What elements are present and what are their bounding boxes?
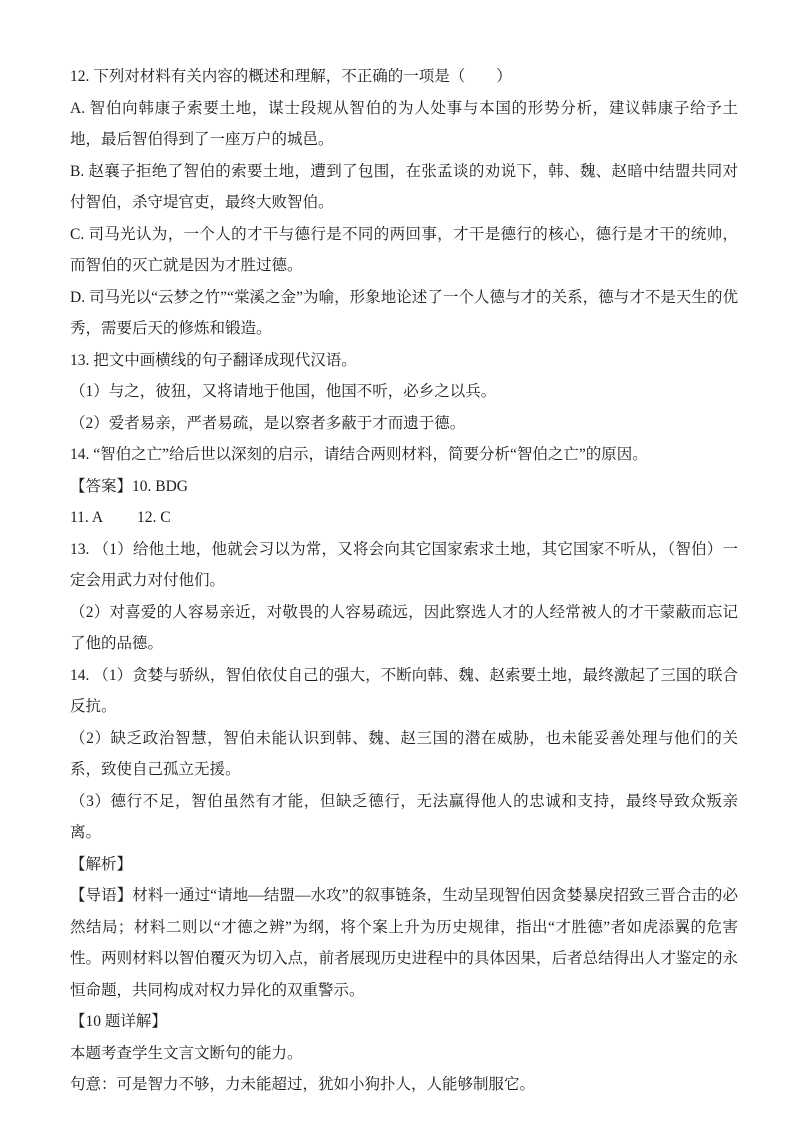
document-page: 12. 下列对材料有关内容的概述和理解，不正确的一项是（ ） A. 智伯向韩康子… — [0, 0, 800, 1131]
q10-explanation-meaning: 句意：可是智力不够，力未能超过，犹如小狗扑人，人能够制服它。 — [70, 1069, 738, 1101]
option-a: A. 智伯向韩康子索要土地，谋士段规从智伯的为人处事与本国的形势分析，建议韩康子… — [70, 93, 738, 156]
answer-14-part3: （3）德行不足，智伯虽然有才能，但缺乏德行，无法赢得他人的忠诚和支持，最终导致众… — [70, 786, 738, 849]
question-13: 13. 把文中画横线的句子翻译成现代汉语。 — [70, 345, 738, 377]
q13-sentence-1: （1）与之，彼狃，又将请地于他国，他国不听，必乡之以兵。 — [70, 376, 738, 408]
q10-explanation-header: 【10 题详解】 — [70, 1006, 738, 1038]
answer-13-part2: （2）对喜爱的人容易亲近，对敬畏的人容易疏远，因此察选人才的人经常被人的才干蒙蔽… — [70, 597, 738, 660]
analysis-intro: 【导语】材料一通过“请地—结盟—水攻”的叙事链条，生动呈现智伯因贪婪暴戾招致三晋… — [70, 880, 738, 1006]
option-c: C. 司马光认为，一个人的才干与德行是不同的两回事，才干是德行的核心，德行是才干… — [70, 219, 738, 282]
answer-13-part1: 13. （1）给他土地，他就会习以为常，又将会向其它国家索求土地，其它国家不听从… — [70, 534, 738, 597]
question-12: 12. 下列对材料有关内容的概述和理解，不正确的一项是（ ） — [70, 61, 738, 93]
answer-line-11-12: 11. A 12. C — [70, 502, 738, 534]
answer-14-part1: 14. （1）贪婪与骄纵，智伯依仗自己的强大，不断向韩、魏、赵索要土地，最终激起… — [70, 660, 738, 723]
answer-header-line: 【答案】10. BDG — [70, 471, 738, 503]
option-d: D. 司马光以“云梦之竹”“棠溪之金”为喻，形象地论述了一个人德与才的关系，德与… — [70, 282, 738, 345]
document-body: 12. 下列对材料有关内容的概述和理解，不正确的一项是（ ） A. 智伯向韩康子… — [70, 61, 738, 1101]
option-b: B. 赵襄子拒绝了智伯的索要土地，遭到了包围，在张孟谈的劝说下，韩、魏、赵暗中结… — [70, 156, 738, 219]
q13-sentence-2: （2）爱者易亲，严者易疏，是以察者多蔽于才而遗于德。 — [70, 408, 738, 440]
answer-14-part2: （2）缺乏政治智慧，智伯未能认识到韩、魏、赵三国的潜在威胁，也未能妥善处理与他们… — [70, 723, 738, 786]
question-14: 14. “智伯之亡”给后世以深刻的启示，请结合两则材料，简要分析“智伯之亡”的原… — [70, 439, 738, 471]
analysis-header: 【解析】 — [70, 849, 738, 881]
q10-explanation-skill: 本题考查学生文言文断句的能力。 — [70, 1038, 738, 1070]
